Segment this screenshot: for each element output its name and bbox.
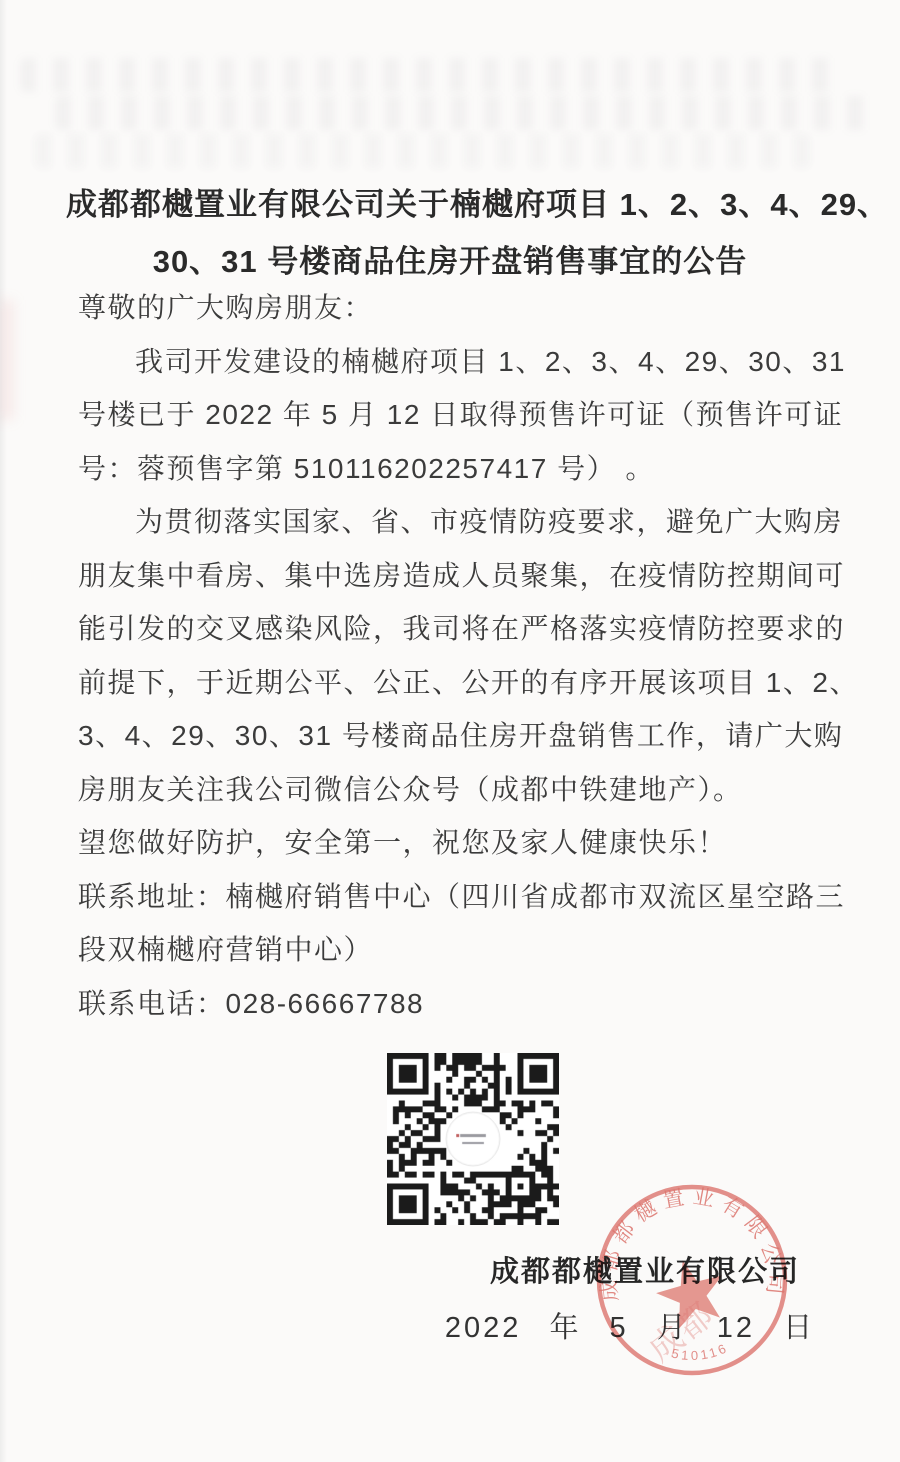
body-line: 尊敬的广大购房朋友：	[78, 281, 826, 335]
scan-edge-shadow	[0, 0, 7, 1462]
body-line: 望您做好防护，安全第一，祝您及家人健康快乐！	[78, 816, 826, 870]
body-line: 号：蓉预售字第 510116202257417 号） 。	[78, 442, 826, 496]
body-line: 我司开发建设的楠樾府项目 1、2、3、4、29、30、31	[78, 335, 826, 389]
company-seal-stamp: 成都都樾置业有限公司 510116 成都	[592, 1180, 792, 1380]
body-line: 号楼已于 2022 年 5 月 12 日取得预售许可证（预售许可证	[78, 388, 826, 442]
body-line: 段双楠樾府营销中心）	[78, 923, 826, 977]
bleed-through-artifact	[55, 96, 870, 130]
title-line-1: 成都都樾置业有限公司关于楠樾府项目 1、2、3、4、29、	[66, 176, 834, 233]
document-title: 成都都樾置业有限公司关于楠樾府项目 1、2、3、4、29、 30、31 号楼商品…	[66, 176, 834, 290]
body-lines: 尊敬的广大购房朋友：我司开发建设的楠樾府项目 1、2、3、4、29、30、31号…	[78, 281, 826, 1030]
body-line: 朋友集中看房、集中选房造成人员聚集，在疫情防控期间可	[78, 549, 826, 603]
scan-smudge	[0, 300, 14, 420]
bleed-through-artifact	[35, 134, 810, 168]
body-line: 前提下，于近期公平、公正、公开的有序开展该项目 1、2、	[78, 656, 826, 710]
scanned-document-page: 成都都樾置业有限公司关于楠樾府项目 1、2、3、4、29、 30、31 号楼商品…	[0, 0, 900, 1462]
body-line: 联系电话：028-66667788	[78, 977, 826, 1031]
body-line: 房朋友关注我公司微信公众号（成都中铁建地产）。	[78, 763, 826, 817]
body-line: 为贯彻落实国家、省、市疫情防疫要求，避免广大购房	[78, 495, 826, 549]
body-line: 联系地址：楠樾府销售中心（四川省成都市双流区星空路三	[78, 870, 826, 924]
body-line: 能引发的交叉感染风险，我司将在严格落实疫情防控要求的	[78, 602, 826, 656]
body-line: 3、4、29、30、31 号楼商品住房开盘销售工作，请广大购	[78, 709, 826, 763]
wechat-qr-code	[387, 1053, 559, 1225]
bleed-through-artifact	[20, 58, 840, 92]
